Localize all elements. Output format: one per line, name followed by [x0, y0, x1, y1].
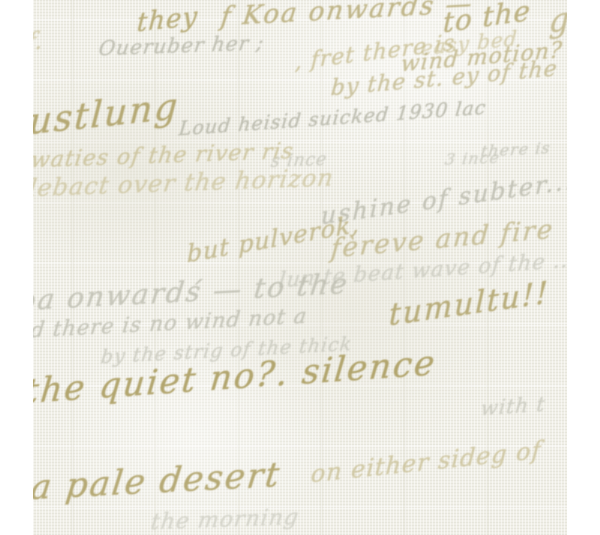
script-line: ushine of subter... — [321, 166, 567, 230]
script-line: d there is no wind not a — [33, 303, 309, 342]
script-line: there is — [480, 138, 552, 161]
script-line: on either sideg of — [310, 436, 542, 489]
script-line: fèreve and fire — [330, 214, 556, 264]
script-line: waties of the river ris — [33, 139, 295, 173]
script-line: they — [136, 1, 199, 38]
script-line: Oueruber her ; — [97, 30, 266, 60]
photo-stage: f.theyf Koa onwards —to thegOueruber her… — [0, 0, 600, 535]
script-line: g — [548, 0, 567, 40]
script-line: s ince — [270, 150, 329, 172]
script-line: wind motion? — [400, 38, 564, 77]
script-line: f Koa onwards — — [219, 0, 475, 32]
script-line: , fret there is — [294, 30, 456, 75]
script-line: the morning — [149, 505, 301, 535]
script-line: a pale desert — [33, 455, 283, 508]
script-line: the quiet no?. silence — [33, 343, 438, 412]
script-line: to the — [442, 0, 531, 39]
script-line: lebact over the horizon — [33, 163, 336, 202]
script-line: lun te beat wave of the ... — [278, 247, 567, 292]
script-line: but pulverok, — [187, 209, 360, 268]
script-line: ustlung — [33, 86, 181, 143]
script-line: Loud heisid suicked 1930 lac — [178, 96, 488, 140]
script-line: easy bed — [420, 26, 518, 60]
script-line: with t — [480, 391, 547, 420]
script-line: f. — [33, 26, 44, 56]
script-line: by the st. ey of the — [330, 56, 559, 101]
script-line: oa onwardś — to the — [33, 267, 351, 318]
script-line: 3 ince — [444, 148, 502, 169]
script-line: by the strig of the thick — [100, 333, 354, 368]
script-line: tumultu!! — [388, 275, 550, 333]
wallpaper-swatch: f.theyf Koa onwards —to thegOueruber her… — [33, 0, 567, 535]
